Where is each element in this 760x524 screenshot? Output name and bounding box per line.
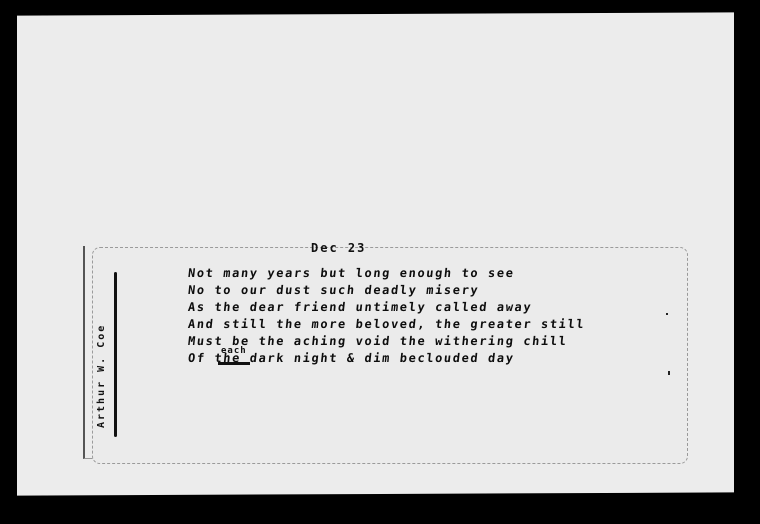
poem-text: Not many years but long enough to see No… xyxy=(188,265,638,367)
poem-line-1: Not many years but long enough to see xyxy=(187,265,639,282)
ink-speck xyxy=(668,371,670,375)
poem-line-2: No to our dust such deadly misery xyxy=(187,282,639,299)
side-annotation: Arthur W. Coe xyxy=(96,268,110,428)
ink-speck xyxy=(666,313,668,315)
poem-line-6: Of the dark night & dim beclouded day xyxy=(187,350,639,367)
poem-line-5: Must be the aching void the withering ch… xyxy=(187,333,639,350)
side-underline xyxy=(114,272,117,437)
insertion-mark: each xyxy=(221,346,247,356)
poem-line-3: As the dear friend untimely called away xyxy=(187,299,639,316)
date-heading: Dec 23 xyxy=(311,241,366,255)
poem-line-4: And still the more beloved, the greater … xyxy=(187,316,639,333)
strikethrough-mark xyxy=(218,362,250,365)
